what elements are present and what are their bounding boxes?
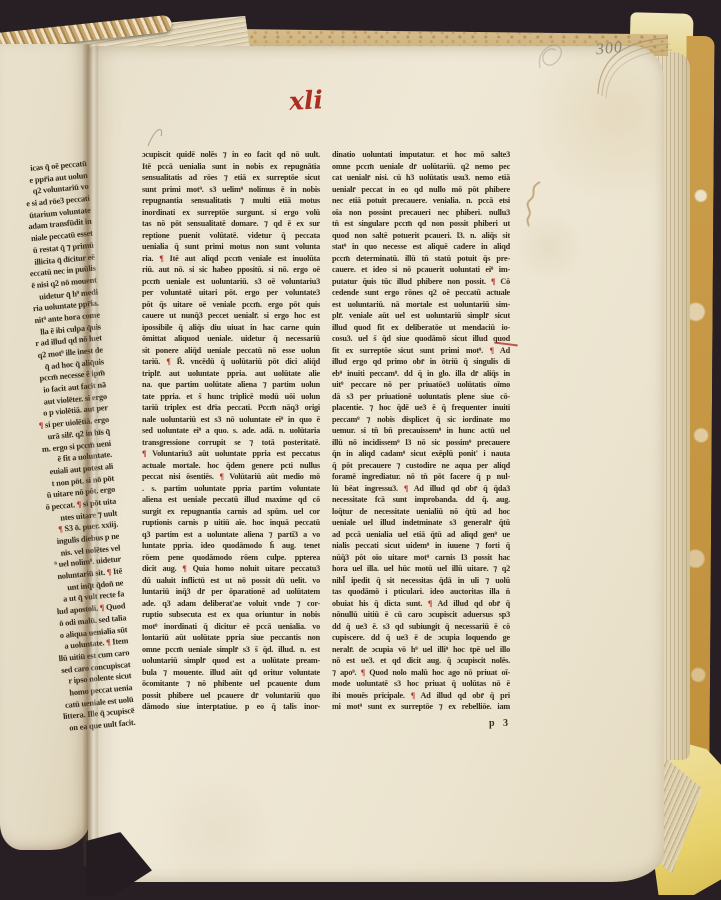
text-line: actuale mortale. hoc q̄dem genere pcti n…	[142, 460, 320, 472]
text-line: dāmodo siue interptatiue. p eo q̄ talis …	[142, 701, 320, 713]
text-line: ria. ¶ Itē aut aliqd pccm̄ veniale est i…	[142, 253, 320, 265]
pilcrow-rubric: ¶	[142, 449, 146, 458]
text-line: reptione puenit volūtatē. videtur q̄ pec…	[142, 230, 320, 242]
pilcrow-rubric: ¶	[411, 691, 415, 700]
text-line: hora uel illa. uel hūc motū uel illū uit…	[332, 563, 510, 575]
text-line: cosu3. uel s̄ q̄d siue quodāmō sicut ill…	[332, 333, 510, 345]
text-line: uemur. si tn̄ bn̄ precauissem⁹ in hunc a…	[332, 425, 510, 437]
text-line: oīa non possint precaueri nec phiberi. n…	[332, 207, 510, 219]
text-line: luntate ppria. ideo quodāmodo h̄ aug. te…	[142, 540, 320, 552]
text-line: cauere. et ideo si nō pcauerit uoluntati…	[332, 264, 510, 276]
text-line: plr̄. veniale aūt uel est uoluntariū sim…	[332, 310, 510, 322]
text-line: nec etiā potuit precauere. venialia. n. …	[332, 195, 510, 207]
text-line: foramē ingrediatur. nō tn̄ pōt facere q̄…	[332, 471, 510, 483]
text-line: nōnullū uitiū ē cū caro ɔcupiscit aduers…	[332, 609, 510, 621]
text-line: mot⁹ inordinati q̄ dicitur eē pccā uenia…	[142, 621, 320, 633]
text-line: cedende sunt ergo rōnes q2 oē peccatū ac…	[332, 287, 510, 299]
gutter-crease	[82, 44, 98, 866]
pilcrow-rubric: ¶	[159, 254, 163, 263]
text-line: q̄n in aliqd cadam⁹ sicut exēplū ponit' …	[332, 448, 510, 460]
text-line: cauere ut nunq̄3 peccet uenialr̄. si erg…	[142, 310, 320, 322]
text-line: dicit aug. ¶ Quia homo noluit uitare pec…	[142, 563, 320, 575]
text-line: sit ponere aliq̄d ueniale peccatū nō ess…	[142, 345, 320, 357]
text-line: . s. partim uoluntate ppria partim volun…	[142, 483, 320, 495]
text-line: surgit ex repugnantia carnis ad spūm. ue…	[142, 506, 320, 518]
text-line: inordinati ex surreptōe surgunt. si ergo…	[142, 207, 320, 219]
pilcrow-rubric: ¶	[428, 599, 432, 608]
text-line: illud quod fit ex deliberatōe ut mendaci…	[332, 322, 510, 334]
text-line: placentie. ⁊ hoc q̄dē ue3 ē q̄ frequente…	[332, 402, 510, 414]
text-line: cupiscere. dd q̄ ue3 ē de ɔcupia loquend…	[332, 632, 510, 644]
pilcrow-rubric: ¶	[490, 346, 494, 355]
text-line: q̄ pōt precauere ⁊ custodire ne aqua per…	[332, 460, 510, 472]
text-line: dd q̄ ue3 ē. s3 qd subiungit q̄ necessar…	[332, 621, 510, 633]
text-line: possit phibere uel pcauere dr̄ voluntari…	[142, 690, 320, 702]
text-line: repugnantia sensualitatis ⁊ multi etiā m…	[142, 195, 320, 207]
pilcrow-rubric: ¶	[220, 472, 224, 481]
text-line: dā s3 per priuationē uoluntatis plene si…	[332, 391, 510, 403]
text-line: ad pccā uenialia uel etiā q̄tū ad aliqd …	[332, 529, 510, 541]
text-line: dinatio uoluntati imputatur. et hoc mō s…	[332, 149, 510, 161]
text-line: uenialia q̄ sunt primi motus non sunt vo…	[142, 241, 320, 253]
text-line: uenialr̄ peccat in eo qd nullo mō pōt ph…	[332, 184, 510, 196]
text-line: peccam⁹ ⁊ nobis displicet q̄ sic iordina…	[332, 414, 510, 426]
text-line: illud ergo qd primo obr̄ in ōtriū q̄ sin…	[332, 356, 510, 368]
text-line: tas nō pōt sensualitatē domare. ⁊ qd ē e…	[142, 218, 320, 230]
pilcrow-rubric: ¶	[99, 603, 104, 612]
text-line: triplr̄. aut uoluntate ppria. aut uolūta…	[142, 368, 320, 380]
pilcrow-rubric: ¶	[76, 500, 81, 509]
text-line: eb⁹ inuiti peccam⁹. dd q̄ in glo. illa d…	[332, 368, 510, 380]
text-line: pōt q̄s uitare oē veniale pccm̄. ergo pō…	[142, 299, 320, 311]
text-line: lontariū aūt uolūtate ppria siue peccant…	[142, 632, 320, 644]
pencil-scribble	[534, 38, 578, 76]
text-line: nūq̄3 pōt oīo uitare mot⁹ carnis l3 poss…	[332, 552, 510, 564]
pilcrow-rubric: ¶	[361, 668, 365, 677]
text-line: transgressione corrupit se ⁊ totā poster…	[142, 437, 320, 449]
pilcrow-rubric: ¶	[491, 277, 495, 286]
text-line: na. que partim uolūtate aliena ⁊ partim …	[142, 379, 320, 391]
text-line: sed uoluntate ei⁹ a quo. s. ade. adā. n.…	[142, 425, 320, 437]
text-line: rōem pene quodāmodo rōem culpe. ppterea	[142, 552, 320, 564]
text-line: riū. aut nō. si sic habeo ppositū. si nō…	[142, 264, 320, 276]
text-line: pccm̄ determinatū. illū tn̄ statū potuit…	[332, 253, 510, 265]
text-line: aliena est ueniale peccatū illud maxime …	[142, 494, 320, 506]
hair-mark	[144, 122, 168, 148]
text-line: tariū triplex est dr̄ia peccati. Pccm̄ n…	[142, 402, 320, 414]
text-line: Itē pccā uenialia sunt in nobis ex repug…	[142, 161, 320, 173]
text-line: nihl̄ ipedit q̄ sit necessitas q̄dā in u…	[332, 575, 510, 587]
text-line: mode uoluntatē s3 hoc priuat q̄ uolūtas …	[332, 678, 510, 690]
text-line: necessitate fcā sunt improbanda. dd q̄. …	[332, 494, 510, 506]
text-line: ibi mouēs prīcipale. ¶ Ad illud qd obr̄ …	[332, 690, 510, 702]
pilcrow-rubric: ¶	[38, 421, 43, 430]
text-line: fit ex surreptōe sicut sunt primi mot⁹. …	[332, 345, 510, 357]
text-line: loq̄tur de necessitate uenialiū nō q̄tū …	[332, 506, 510, 518]
text-line: nō est ue3. et qd dicit aug. q̄ ɔcupisci…	[332, 655, 510, 667]
text-line: nale uoluntariū est s3 nō uoluntate ei⁹ …	[142, 414, 320, 426]
pilcrow-rubric: ¶	[182, 564, 186, 573]
quire-signature: p 3	[478, 718, 522, 729]
text-line: sunt primi mot⁹. s3 uelim⁹ nolimus ē in …	[142, 184, 320, 196]
text-line: tate ppria. et s̄ hunc triplicē modū uōi…	[142, 391, 320, 403]
text-line: putatur q̄uis tūc illud phibere non poss…	[332, 276, 510, 288]
pilcrow-rubric: ¶	[166, 357, 170, 366]
text-line: peccat nisi ōsentiēs. ¶ Volūtariū aūt me…	[142, 471, 320, 483]
text-line: dū ualuit inflictū est ut nō possit dū u…	[142, 575, 320, 587]
pilcrow-rubric: ¶	[106, 638, 111, 647]
text-line: uit⁹ peccare nō per priuatōe3 uolūtatis …	[332, 379, 510, 391]
page-corner-edge-lines	[596, 28, 676, 100]
text-line: q3 partim est a uoluntate aliena ⁊ partī…	[142, 529, 320, 541]
text-line: ⁊ apo⁹. ¶ Quod nolo malū hoc ago nō priu…	[332, 667, 510, 679]
text-line: lū bēat ingressu3. ¶ Ad illud qd obr̄ q̄…	[332, 483, 510, 495]
text-line: ruptionis carnis p uitiū aīe. hoc inquā …	[142, 517, 320, 529]
recto-column-2: dinatio uoluntati imputatur. et hoc mō s…	[332, 149, 510, 713]
text-line: omne pccm̄ ueniale dr̄ uolūtariū. q2 nem…	[332, 161, 510, 173]
text-line: sensualitatis ad rōes ⁊ etiā ex surreptō…	[142, 172, 320, 184]
text-line: tas quodāmō i pticulari. ideo auctoritas…	[332, 586, 510, 598]
text-line: per voluntatē uitari pōt. ergo per volun…	[142, 287, 320, 299]
text-line: quod non saltē potuerit pcaueri. l3. n. …	[332, 230, 510, 242]
text-line: ade. q3 adam deliberat'ae voluit vnde ⁊ …	[142, 598, 320, 610]
pilcrow-rubric: ¶	[106, 567, 111, 576]
folio-pencil-number: 300	[595, 39, 624, 60]
text-line: neralr̄. de ɔcupia vō h⁹ uel illi⁹ hoc t…	[332, 644, 510, 656]
text-line: ruptio subsecuta est ex qua oriuntur in …	[142, 609, 320, 621]
text-line: luntariū inq̄3 dr̄ per ōparationē ad uol…	[142, 586, 320, 598]
text-line: nialis peccati sicut uidem⁹ in iuuene ⁊ …	[332, 540, 510, 552]
text-line: uoluntariū simplr̄ quod est a uolūtate p…	[142, 655, 320, 667]
marginal-nota-mark	[518, 180, 546, 228]
text-line: tn̄ est singulare pccm̄ qd non possit ph…	[332, 218, 510, 230]
text-line: illū nō incidissem⁹ l3 nō sic possim⁹ pr…	[332, 437, 510, 449]
text-line: bula ⁊ mouente. illud aūt qd oritur volu…	[142, 667, 320, 679]
text-line: ueniale uel illud indetminate s3 general…	[332, 517, 510, 529]
text-line: est uoluntariū. nā mortale est uoluntari…	[332, 299, 510, 311]
text-line: pccm̄ ueniale est uoluntariū. s3 oē volu…	[142, 276, 320, 288]
text-line: ōcomitante ⁊ nō phibente uel pcauente du…	[142, 678, 320, 690]
chapter-numeral-rubric: xli	[273, 84, 338, 116]
text-line: omne pccm̄ ueniale simplr̄ s3 s̄ q̄d. il…	[142, 644, 320, 656]
text-line: mi mot⁹ sunt ex surreptōe ⁊ ex rebelliōe…	[332, 701, 510, 713]
pilcrow-rubric: ¶	[404, 484, 408, 493]
text-line: tariū. ¶ R̄. vncēdū q̄ uolūtariū pōt dic…	[142, 356, 320, 368]
text-line: ɔcupiscit quidē nolēs ⁊ in eo facit qd n…	[142, 149, 320, 161]
text-line: ¶ Voluntariu3 aūt uoluntate ppria est pe…	[142, 448, 320, 460]
pilcrow-rubric: ¶	[58, 525, 63, 534]
text-line: obuiat his q̄ dicta sunt. ¶ Ad illud qd …	[332, 598, 510, 610]
text-line: ipossibile q̄ aliq̄s diu uiuat in hac ca…	[142, 322, 320, 334]
text-line: cat uenialr̄ nisi. cū h3 uolūtatis usu3.…	[332, 172, 510, 184]
text-line: ōmittat aliquod ueniale. uidetur q̄ nece…	[142, 333, 320, 345]
recto-column-1: ɔcupiscit quidē nolēs ⁊ in eo facit qd n…	[142, 149, 320, 713]
text-line: stat⁹ in quo necesse est aliquē cadere i…	[332, 241, 510, 253]
photo-background: { "photo": { "background_color": "#281f2…	[0, 0, 721, 900]
